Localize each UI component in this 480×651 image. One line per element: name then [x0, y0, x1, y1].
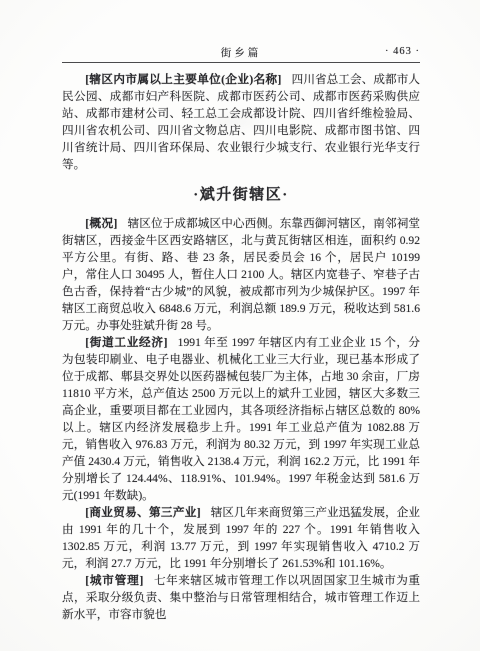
running-head-chapter: 街乡篇 — [221, 45, 262, 60]
scanned-book-page: 街乡篇 · 463 · [辖区内市属以上主要单位(企业)名称]四川省总工会、成都… — [0, 0, 480, 651]
paragraph-commerce-tertiary: [商业贸易、第三产业]辖区几年来商贸第三产业迅猛发展，企业由 1991 年的几十… — [62, 504, 420, 572]
section-label-commerce-tertiary: [商业贸易、第三产业] — [85, 506, 201, 519]
paragraph-city-management: [城市管理]七年来辖区城市管理工作以巩固国家卫生城市为重点，采取分级负责、集中整… — [62, 572, 420, 623]
paragraph-text: 辖区位于成都城区中心西侧。东靠西御河辖区，南邻祠堂街辖区，西接金牛区西安路辖区，… — [62, 217, 420, 332]
page-header: 街乡篇 · 463 · — [62, 44, 420, 63]
section-label-units: [辖区内市属以上主要单位(企业)名称] — [85, 73, 282, 86]
paragraph-text: 四川省总工会、成都市人民公园、成都市妇产科医院、成都市医药公司、成都市医药采购供… — [62, 73, 420, 171]
paragraph-units-list: [辖区内市属以上主要单位(企业)名称]四川省总工会、成都市人民公园、成都市妇产科… — [62, 71, 420, 173]
page-number: · 463 · — [385, 46, 420, 57]
article-body: [辖区内市属以上主要单位(企业)名称]四川省总工会、成都市人民公园、成都市妇产科… — [62, 71, 420, 623]
paragraph-street-industry: [街道工业经济]1991 年至 1997 年辖区内有工业企业 15 个，分为包装… — [62, 334, 420, 504]
section-label-overview: [概况] — [85, 217, 117, 230]
paragraph-overview: [概况]辖区位于成都城区中心西侧。东靠西御河辖区，南邻祠堂街辖区，西接金牛区西安… — [62, 215, 420, 334]
paragraph-text: 1991 年至 1997 年辖区内有工业企业 15 个，分为包装印刷业、电子电器… — [62, 336, 420, 502]
district-section-title: ·斌升街辖区· — [62, 187, 420, 204]
section-label-city-management: [城市管理] — [85, 574, 143, 587]
section-label-street-industry: [街道工业经济] — [85, 336, 168, 349]
